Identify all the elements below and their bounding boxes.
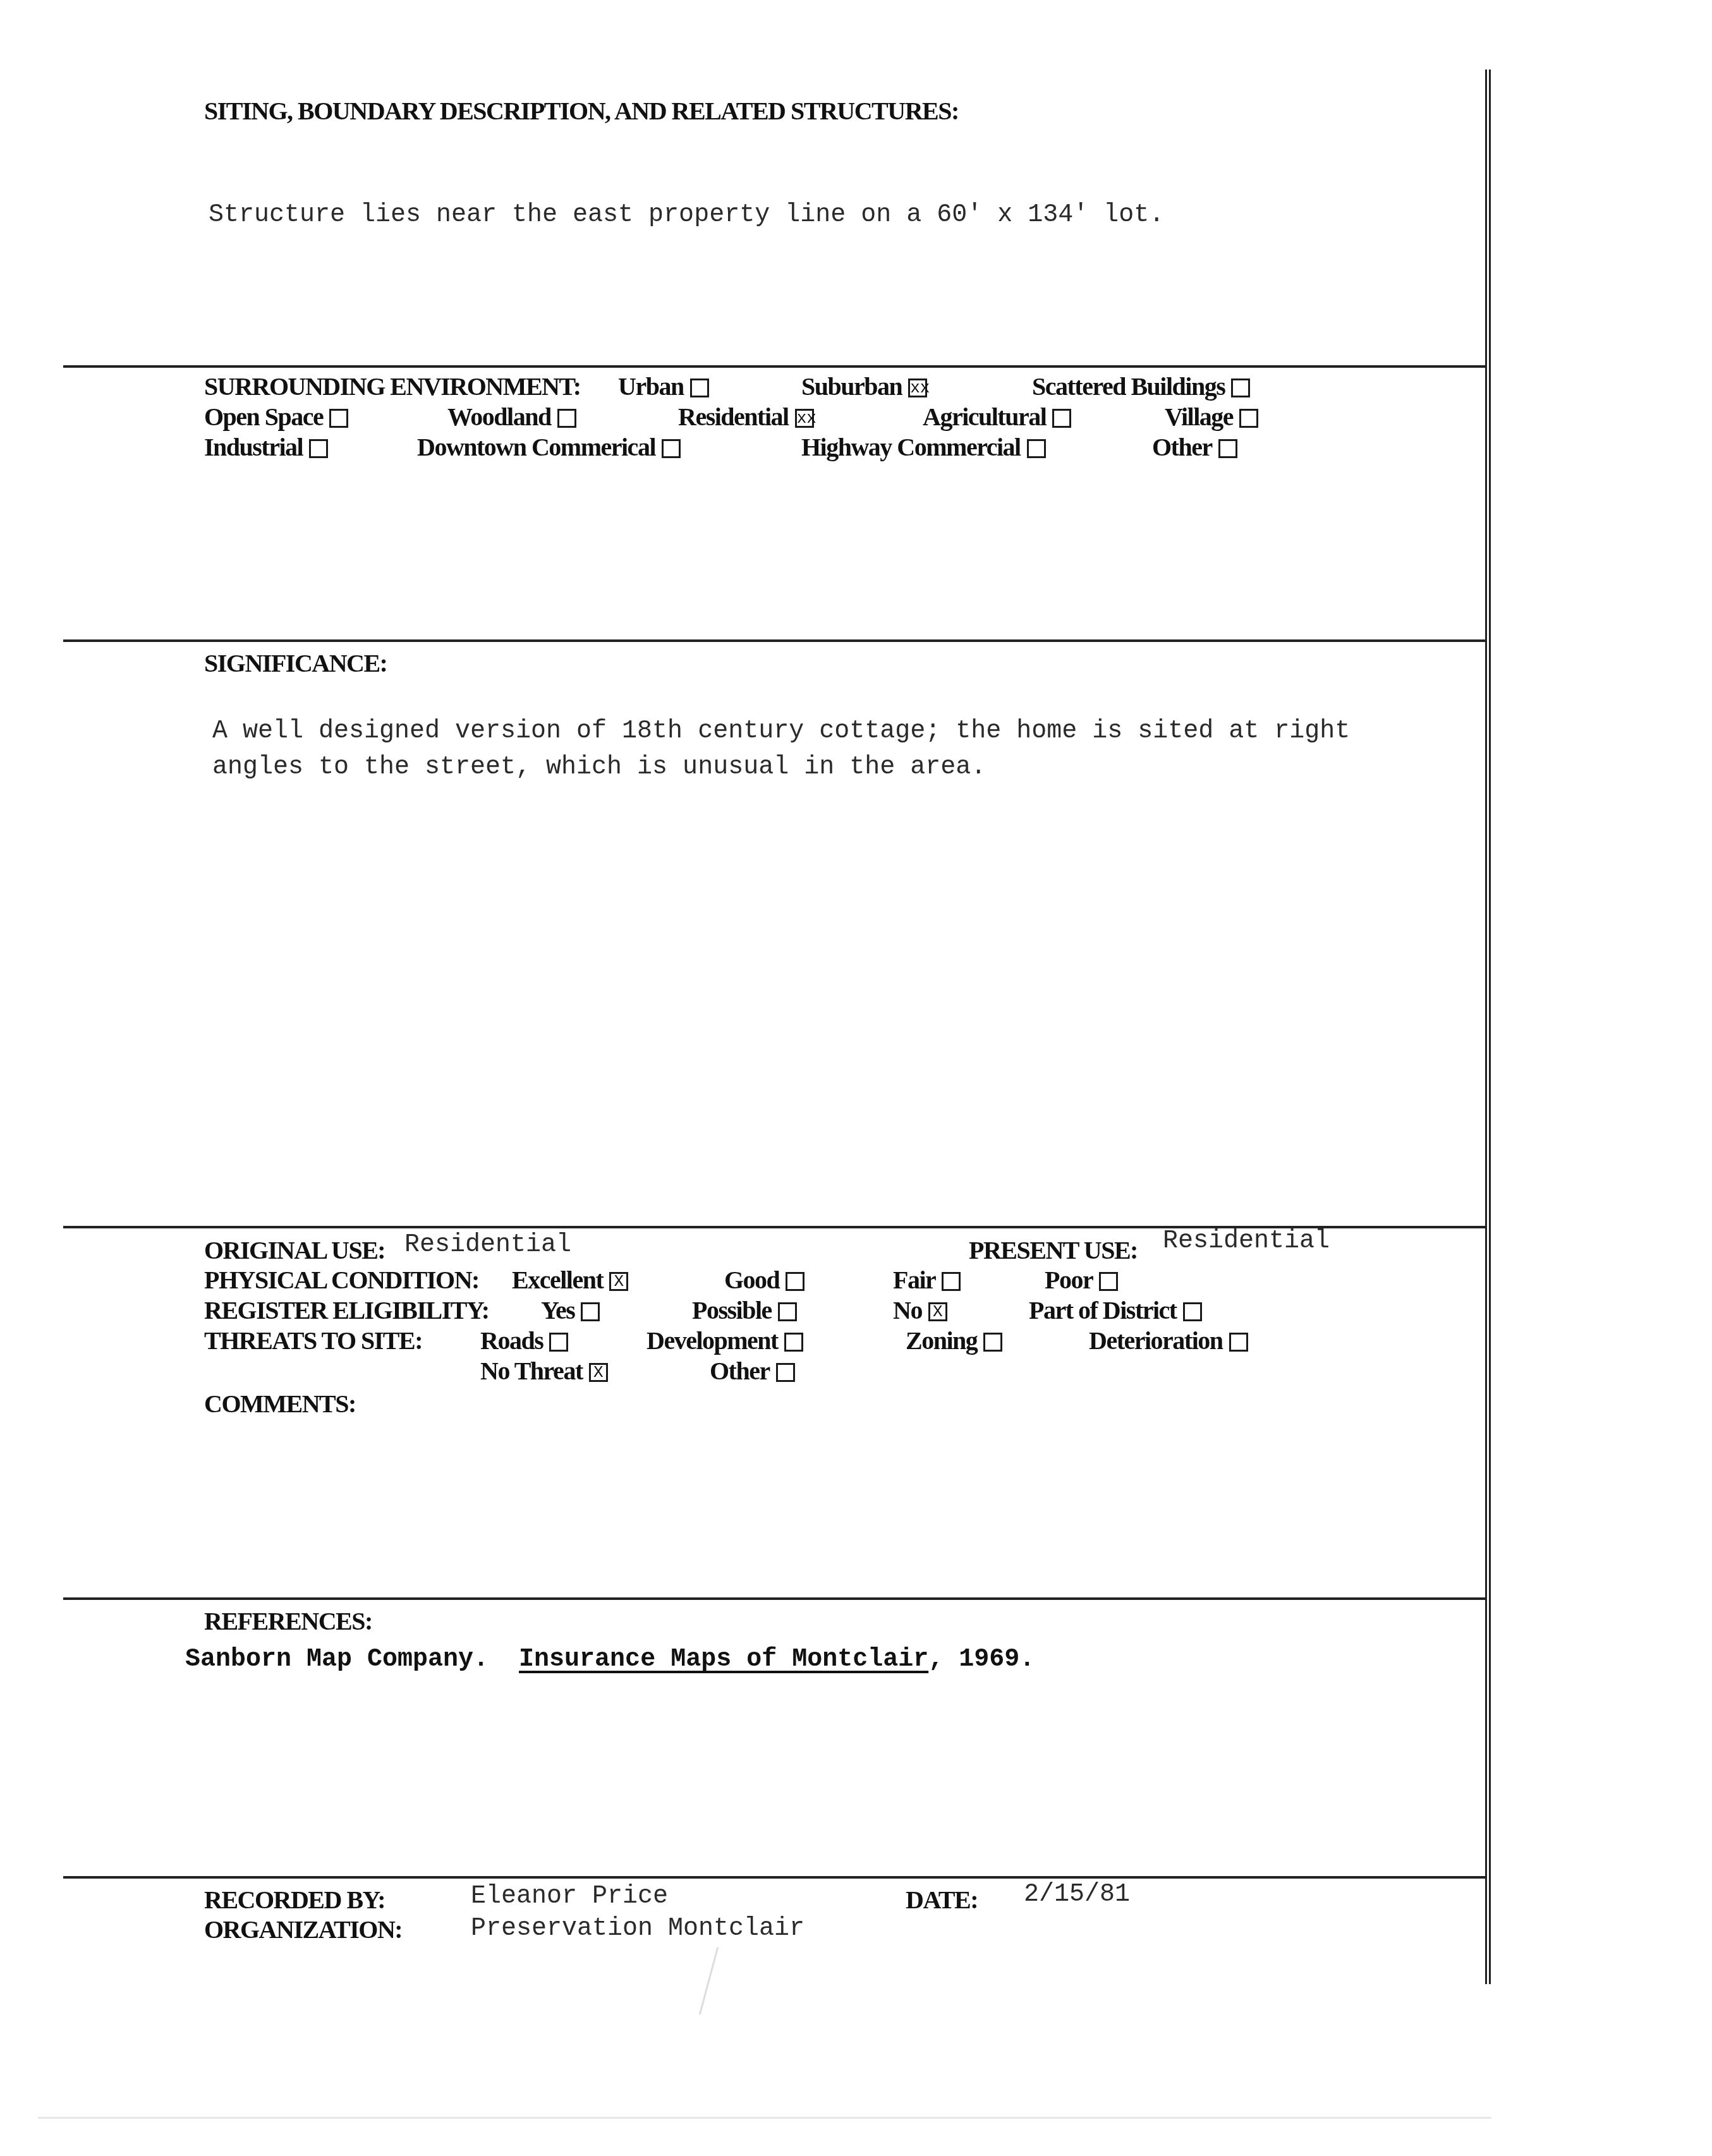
checkbox-woodland[interactable] [557,409,576,428]
register-eligibility-row: REGISTER ELIGIBILITY: Yes Possible No X … [204,1295,1468,1326]
option-label: Other [710,1356,770,1386]
option-label: Residential [678,402,789,432]
organization-label: ORGANIZATION: [204,1915,402,1944]
reference-title: Insurance Maps of Montclair [519,1645,928,1674]
checkbox-zoning[interactable] [983,1333,1002,1352]
option-label: Other [1152,432,1212,462]
option-label: Development [647,1326,778,1355]
surrounding-heading: SURROUNDING ENVIRONMENT: [204,372,581,401]
pen-stroke-artifact [699,1947,719,2014]
option-label: Urban [618,372,684,401]
checkbox-agricultural[interactable] [1052,409,1071,428]
option-urban[interactable]: Urban [618,372,709,401]
option-good[interactable]: Good [724,1265,804,1295]
checkbox-poor[interactable] [1099,1272,1118,1291]
option-yes[interactable]: Yes [541,1295,600,1325]
option-scattered-buildings[interactable]: Scattered Buildings [1032,372,1250,401]
checkbox-possible[interactable] [778,1302,797,1321]
present-use-label: PRESENT USE: [969,1235,1138,1265]
option-village[interactable]: Village [1165,402,1258,432]
checkbox-fair[interactable] [942,1272,961,1291]
option-no[interactable]: No X [893,1295,947,1325]
option-fair[interactable]: Fair [893,1265,961,1295]
checkbox-no[interactable]: X [928,1302,947,1321]
checkbox-suburban[interactable]: xx [908,379,927,397]
significance-line-2: angles to the street, which is unusual i… [212,753,986,782]
checkbox-yes[interactable] [581,1302,600,1321]
physical-condition-label: PHYSICAL CONDITION: [204,1265,479,1295]
option-label: No [893,1295,922,1325]
section-divider [63,639,1486,642]
recorded-by-label: RECORDED BY: [204,1885,385,1915]
option-roads[interactable]: Roads [480,1326,568,1355]
register-eligibility-label: REGISTER ELIGIBILITY: [204,1295,489,1325]
threats-label: THREATS TO SITE: [204,1326,422,1355]
checkbox-open-space[interactable] [329,409,348,428]
option-label: Excellent [512,1265,603,1295]
option-label: Suburban [801,372,902,401]
option-label: No Threat [480,1356,583,1386]
threats-row-2: No Threat X Other [204,1356,1468,1386]
option-zoning[interactable]: Zoning [906,1326,1002,1355]
option-label: Fair [893,1265,935,1295]
option-label: Agricultural [923,402,1046,432]
significance-heading: SIGNIFICANCE: [204,648,387,678]
checkbox-roads[interactable] [549,1333,568,1352]
option-woodland[interactable]: Woodland [447,402,576,432]
option-agricultural[interactable]: Agricultural [923,402,1071,432]
surrounding-environment-row-3: Industrial Downtown Commerical Highway C… [204,432,1468,463]
references-heading: REFERENCES: [204,1606,372,1636]
checkbox-highway-commercial[interactable] [1027,439,1046,458]
checkbox-industrial[interactable] [309,439,328,458]
option-label: Possible [692,1295,772,1325]
option-label: Good [724,1265,779,1295]
checkbox-excellent[interactable]: X [609,1272,628,1291]
option-label: Scattered Buildings [1032,372,1225,401]
reference-citation: Sanborn Map Company. Insurance Maps of M… [185,1645,1035,1674]
comments-heading: COMMENTS: [204,1389,356,1419]
checkbox-urban[interactable] [690,379,709,397]
checkbox-part-of-district[interactable] [1183,1302,1202,1321]
checkbox-village[interactable] [1239,409,1258,428]
option-label: Downtown Commerical [417,432,655,462]
option-no-threat[interactable]: No Threat X [480,1356,608,1386]
checkbox-other-environment[interactable] [1218,439,1237,458]
checkbox-no-threat[interactable]: X [589,1363,608,1382]
option-poor[interactable]: Poor [1045,1265,1118,1295]
surrounding-environment-row-2: Open Space Woodland Residential xx Agric… [204,402,1468,432]
date-value: 2/15/81 [1024,1880,1130,1909]
checkbox-residential[interactable]: xx [795,409,814,428]
physical-condition-row: PHYSICAL CONDITION: Excellent X Good Fai… [204,1265,1468,1295]
option-other-threat[interactable]: Other [710,1356,795,1386]
option-label: Village [1165,402,1233,432]
original-use-label: ORIGINAL USE: [204,1235,385,1265]
section-divider [63,1597,1486,1600]
survey-form-page: SITING, BOUNDARY DESCRIPTION, AND RELATE… [0,0,1712,2156]
option-deterioration[interactable]: Deterioration [1089,1326,1248,1355]
checkbox-downtown-commercial[interactable] [662,439,681,458]
checkbox-good[interactable] [786,1272,804,1291]
option-development[interactable]: Development [647,1326,803,1355]
option-residential[interactable]: Residential xx [678,402,814,432]
section-divider [63,1876,1486,1879]
option-label: Highway Commercial [801,432,1021,462]
reference-year: , 1969. [928,1645,1035,1674]
option-label: Zoning [906,1326,977,1355]
option-other-environment[interactable]: Other [1152,432,1237,462]
option-label: Open Space [204,402,323,432]
checkbox-development[interactable] [784,1333,803,1352]
siting-heading: SITING, BOUNDARY DESCRIPTION, AND RELATE… [204,96,959,126]
option-label: Deterioration [1089,1326,1223,1355]
checkbox-scattered-buildings[interactable] [1231,379,1250,397]
threats-row-1: THREATS TO SITE: Roads Development Zonin… [204,1326,1468,1356]
significance-line-1: A well designed version of 18th century … [212,717,1350,746]
option-label: Roads [480,1326,543,1355]
option-part-of-district[interactable]: Part of District [1029,1295,1202,1325]
siting-text: Structure lies near the east property li… [209,201,1164,229]
option-label: Yes [541,1295,574,1325]
checkbox-other-threat[interactable] [776,1363,795,1382]
option-industrial[interactable]: Industrial [204,432,328,462]
option-label: Part of District [1029,1295,1177,1325]
surrounding-environment-row-1: SURROUNDING ENVIRONMENT: Urban Suburban … [204,372,1468,402]
option-label: Poor [1045,1265,1093,1295]
section-divider [63,365,1486,368]
option-suburban[interactable]: Suburban xx [801,372,927,401]
option-label: Industrial [204,432,303,462]
recorded-by-value: Eleanor Price [471,1882,668,1911]
option-downtown-commercial[interactable]: Downtown Commerical [417,432,681,462]
option-open-space[interactable]: Open Space [204,402,348,432]
date-label: DATE: [906,1885,978,1915]
option-excellent[interactable]: Excellent X [512,1265,628,1295]
option-label: Woodland [447,402,551,432]
checkbox-deterioration[interactable] [1229,1333,1248,1352]
option-possible[interactable]: Possible [692,1295,797,1325]
right-border-double-rule [1485,70,1487,1984]
option-highway-commercial[interactable]: Highway Commercial [801,432,1046,462]
original-use-value: Residential [404,1231,571,1259]
organization-value: Preservation Montclair [471,1915,804,1943]
reference-author: Sanborn Map Company. [185,1645,489,1674]
scan-edge-artifact [38,2117,1491,2119]
present-use-value: Residential [1163,1227,1330,1256]
